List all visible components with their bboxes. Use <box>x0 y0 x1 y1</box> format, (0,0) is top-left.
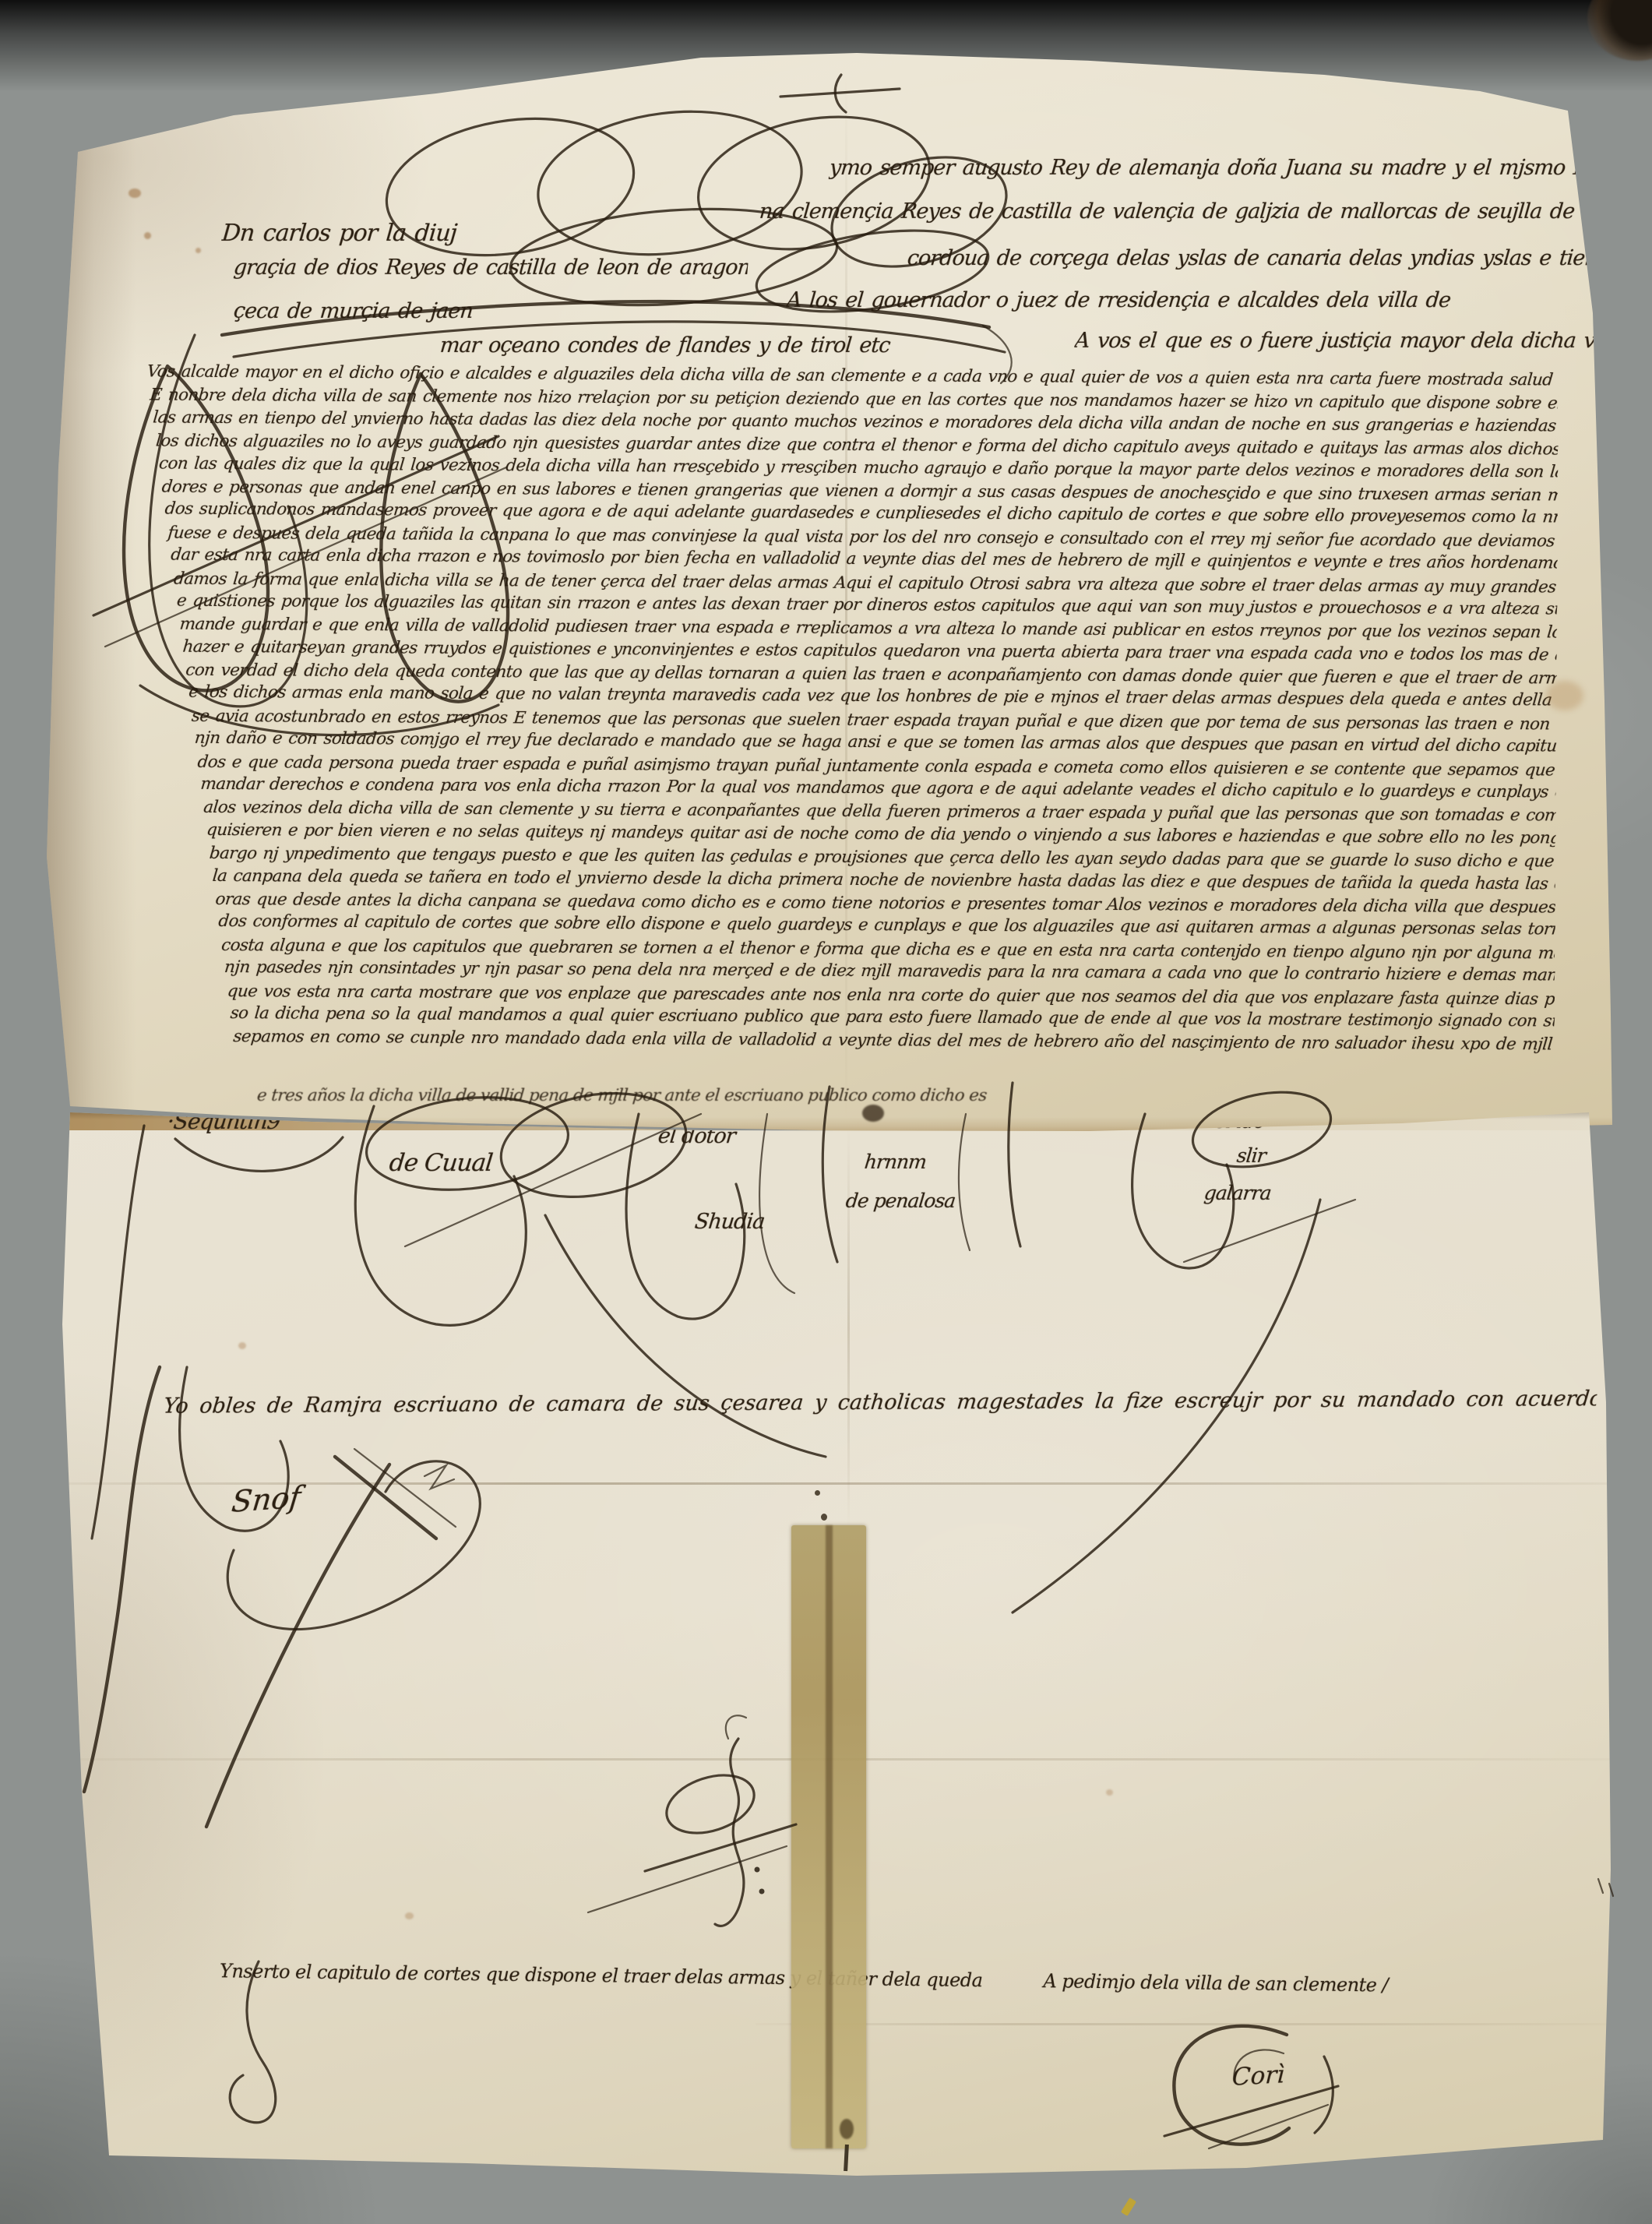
vertical-crease <box>847 1126 850 1531</box>
cori-mark: Corì <box>1231 2060 1285 2091</box>
heading-line: Dn carlos por la diuj <box>220 220 721 247</box>
registrada-mark: Snof <box>230 1480 302 1519</box>
docket-note-part2: A pedimjo dela villa de san clemente / <box>1043 1970 1388 1996</box>
paper-left-curl-shadow <box>43 48 136 1137</box>
tape-seam <box>826 1525 833 2148</box>
signature-penalosa-3: de penalosa <box>844 1190 956 1212</box>
paper-sheet-bottom: ·Sequntin9 de Cuual el dotor Shudia tn d… <box>55 1094 1616 2185</box>
signature-el-dotor-surname: Shudia <box>693 1210 766 1234</box>
repair-tape-strip <box>791 1525 866 2148</box>
paper-sheet-top: ymo semper augusto Rey de alemanja doña … <box>43 48 1612 1137</box>
signature-licenciado-2: slir <box>1235 1144 1266 1167</box>
heading-line: A vos el que es o fuere justiçia mayor d… <box>1074 329 1606 353</box>
tape-blotch <box>840 2119 854 2139</box>
heading-line: mar oçeano condes de flandes y de tirol … <box>439 333 987 358</box>
signature-doctor-name: de Cuual <box>388 1149 494 1177</box>
heading-line: graçia de dios Reyes de castilla de leon… <box>233 256 749 280</box>
heading-line: çeca de murçia de jaen <box>233 299 562 323</box>
heading-line: cordoua de corçega delas yslas de canari… <box>907 246 1610 270</box>
heading-line: na clemençia Reyes de castilla de valenç… <box>759 199 1610 224</box>
yellow-debris <box>1121 2198 1136 2216</box>
signature-penalosa-2: hrnnm <box>863 1151 927 1173</box>
paper-bottom-edge <box>55 2179 1616 2185</box>
fold-clipped-line: e tres años la dicha villa de vallid pen… <box>256 1086 1473 1105</box>
heading-line: ymo semper augusto Rey de alemanja doña … <box>829 156 1610 180</box>
dark-corner-spot <box>1587 0 1652 61</box>
signature-licenciado-3: galarra <box>1203 1182 1272 1204</box>
horizontal-crease <box>756 2023 1612 2025</box>
manuscript-body: Vos alcalde mayor en el dicho ofiçio e a… <box>143 361 1558 1057</box>
heading-line: A los el gouernador o juez de rresidençi… <box>786 288 1606 312</box>
manuscript-photo: ymo semper augusto Rey de alemanja doña … <box>0 0 1652 2224</box>
